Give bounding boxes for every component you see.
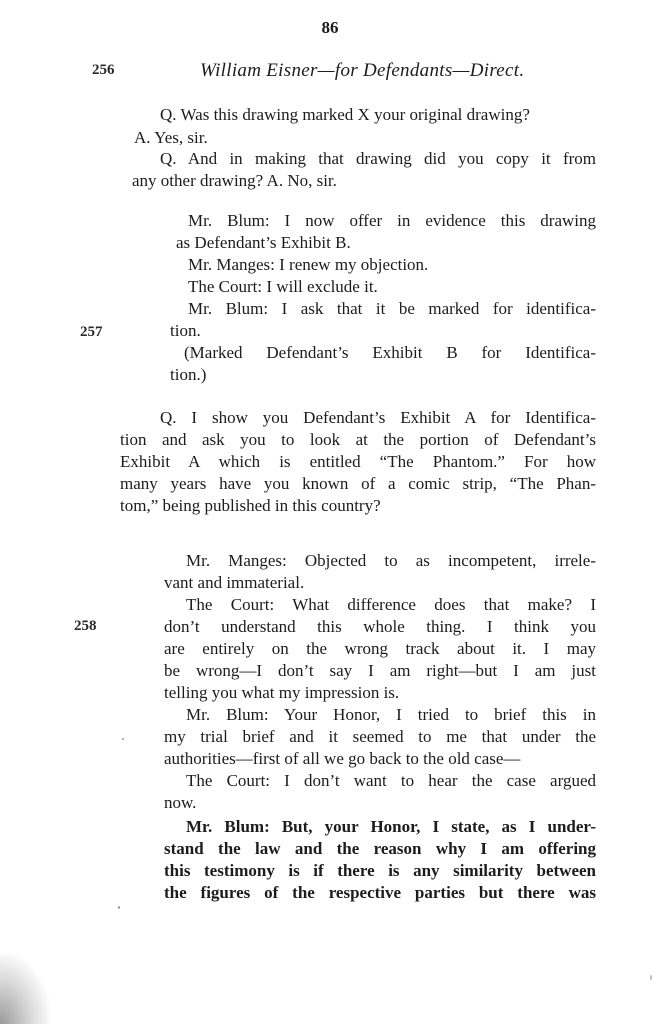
running-head: William Eisner—for Defendants—Direct. (200, 60, 524, 82)
question-answer-line: any other drawing? A. No, sir. (132, 170, 337, 192)
scan-speck (122, 738, 124, 740)
colloquy-line: vant and immaterial. (164, 572, 304, 594)
answer-line: A. Yes, sir. (134, 127, 208, 149)
scan-speck (118, 906, 120, 909)
colloquy-line: The Court: What difference does that mak… (186, 594, 596, 616)
colloquy-line: Mr. Blum: But, your Honor, I state, as I… (186, 816, 596, 838)
question-line: many years have you known of a comic str… (120, 473, 596, 495)
colloquy-line: be wrong—I don’t say I am right—but I am… (164, 660, 596, 682)
question-line: tion and ask you to look at the portion … (120, 429, 596, 451)
colloquy-line: tion.) (170, 364, 206, 386)
question-line: Exhibit A which is entitled “The Phantom… (120, 451, 596, 473)
question-line: Q. And in making that drawing did you co… (160, 148, 596, 170)
colloquy-line: The Court: I will exclude it. (188, 276, 378, 298)
colloquy-line: now. (164, 792, 196, 814)
scan-smudge (0, 954, 50, 1024)
scan-speck (650, 975, 652, 980)
question-line: tom,” being published in this country? (120, 495, 381, 517)
question-line: Q. I show you Defendant’s Exhibit A for … (160, 407, 596, 429)
page-number: 86 (0, 18, 660, 38)
colloquy-line: are entirely on the wrong track about it… (164, 638, 596, 660)
colloquy-line: telling you what my impression is. (164, 682, 399, 704)
colloquy-line: authorities—first of all we go back to t… (164, 748, 520, 770)
colloquy-line: as Defendant’s Exhibit B. (176, 232, 351, 254)
question-line: Q. Was this drawing marked X your origin… (160, 104, 530, 126)
colloquy-line: Mr. Manges: I renew my objection. (188, 254, 428, 276)
margin-line-number: 257 (80, 324, 103, 341)
colloquy-line: Mr. Blum: I ask that it be marked for id… (188, 298, 596, 320)
colloquy-line: don’t understand this whole thing. I thi… (164, 616, 596, 638)
colloquy-line: Mr. Manges: Objected to as incompetent, … (186, 550, 596, 572)
colloquy-line: my trial brief and it seemed to me that … (164, 726, 596, 748)
colloquy-line: (Marked Defendant’s Exhibit B for Identi… (184, 342, 596, 364)
colloquy-line: this testimony is if there is any simila… (164, 860, 596, 882)
colloquy-line: Mr. Blum: I now offer in evidence this d… (188, 210, 596, 232)
colloquy-line: tion. (170, 320, 201, 342)
colloquy-line: stand the law and the reason why I am of… (164, 838, 596, 860)
colloquy-line: Mr. Blum: Your Honor, I tried to brief t… (186, 704, 596, 726)
margin-line-number: 258 (74, 618, 97, 635)
margin-line-number: 256 (92, 62, 115, 79)
colloquy-line: the figures of the respective parties bu… (164, 882, 596, 904)
colloquy-line: The Court: I don’t want to hear the case… (186, 770, 596, 792)
